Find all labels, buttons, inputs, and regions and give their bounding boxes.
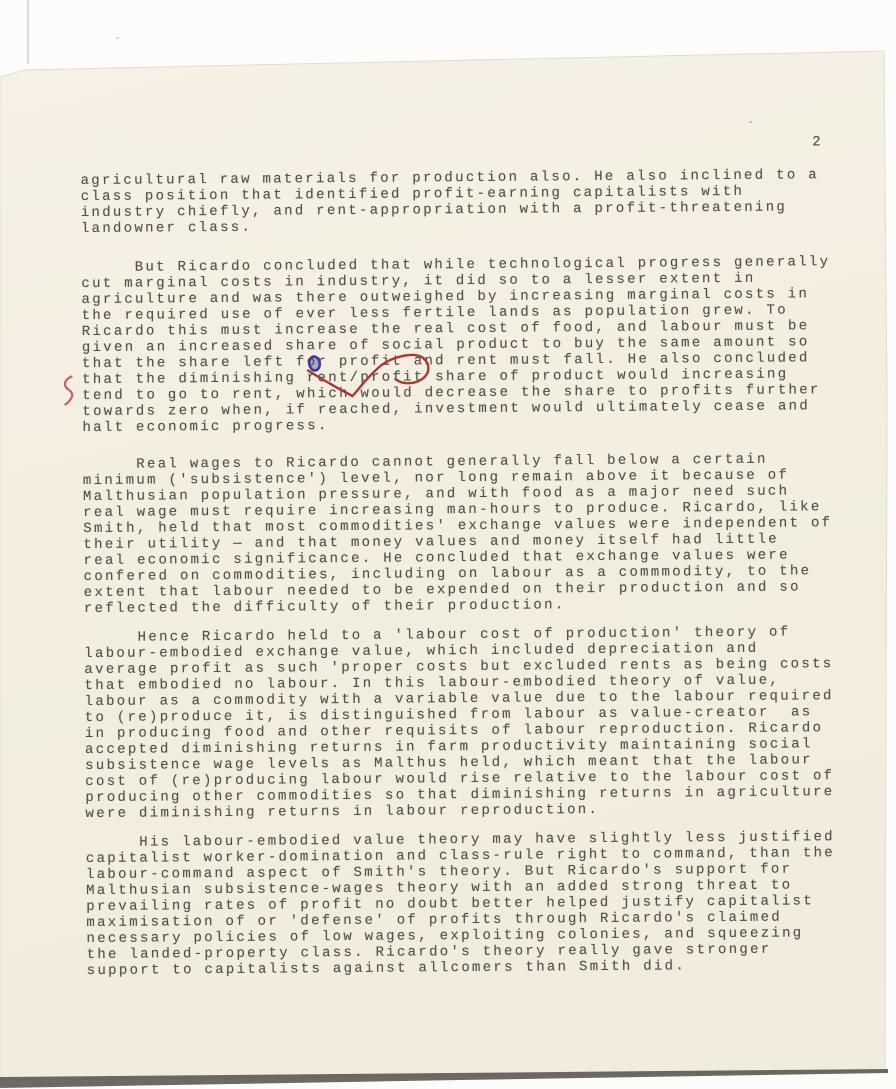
paragraph-5: His labour-embodied value theory may hav… [86, 829, 836, 979]
paragraph-3: Real wages to Ricardo cannot generally f… [83, 451, 833, 617]
scanned-typewritten-page: 2 agricultural raw materials for product… [0, 0, 896, 1089]
paragraph-1: agricultural raw materials for productio… [80, 167, 819, 237]
paragraph-2: But Ricardo concluded that while technol… [81, 254, 831, 436]
page-number: 2 [812, 134, 823, 150]
paragraph-4: Hence Ricardo held to a 'labour cost of … [84, 624, 835, 822]
typewritten-text: 2 agricultural raw materials for product… [0, 0, 896, 1089]
